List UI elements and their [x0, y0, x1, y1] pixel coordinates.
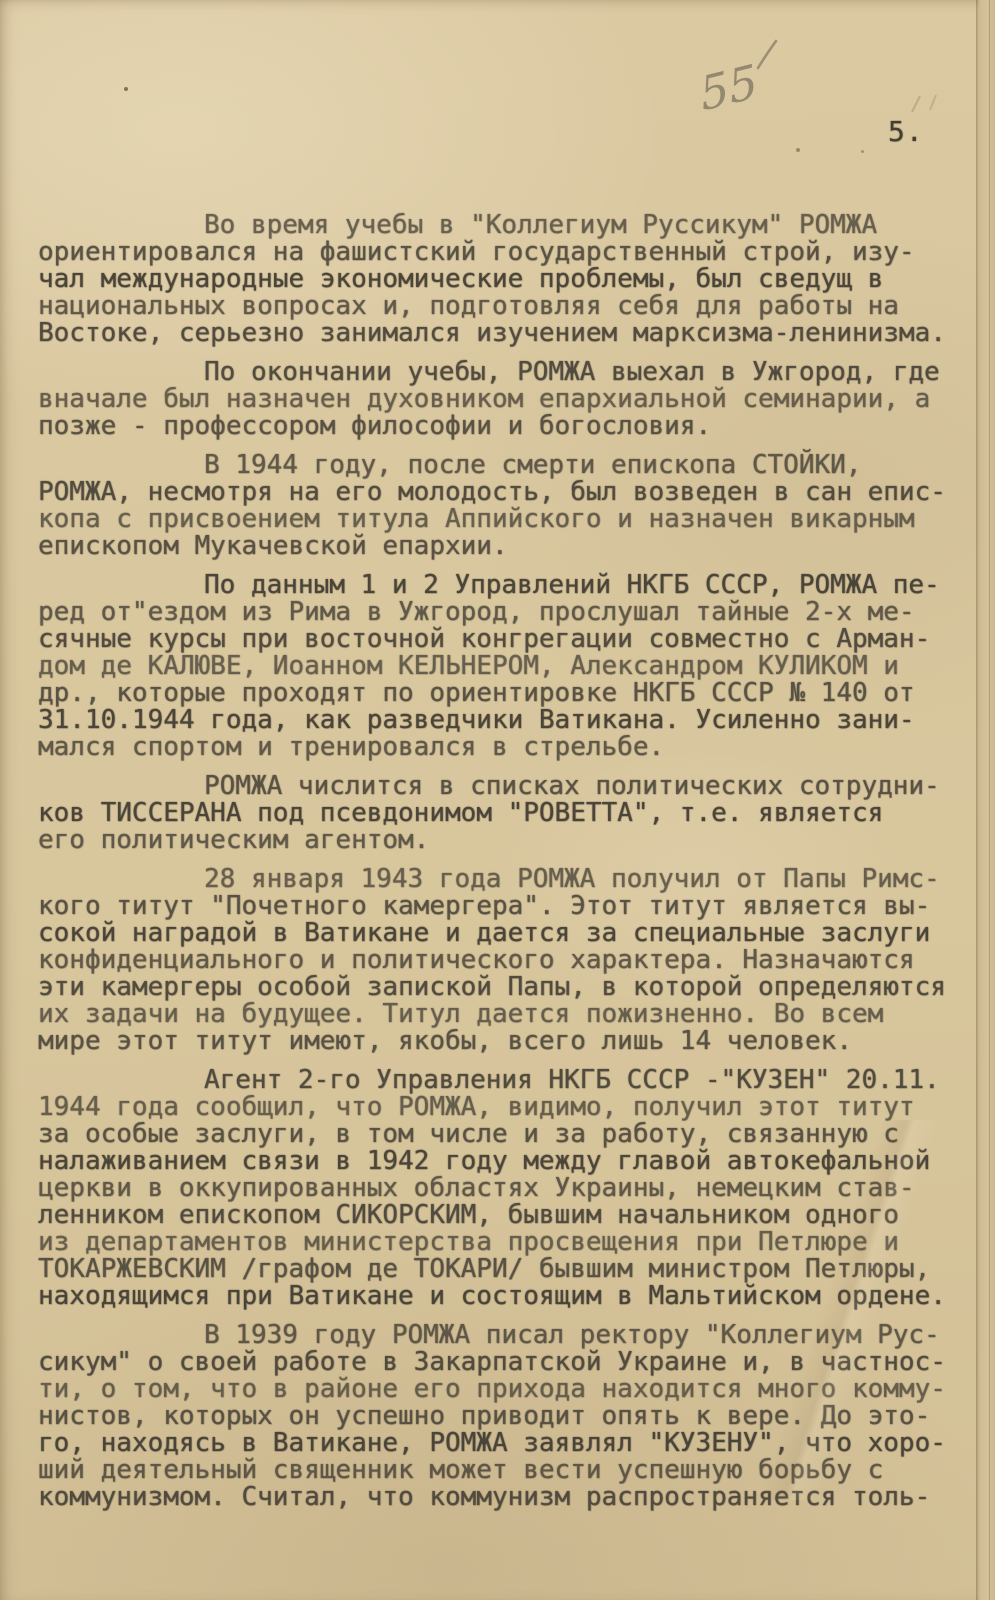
text-line: ТОКАРЖЕВСКИМ /графом де ТОКАРИ/ бывшим м…: [38, 1256, 968, 1283]
text-line: за особые заслуги, в том числе и за рабо…: [38, 1121, 968, 1148]
text-line: мире этот титут имеют, якобы, всего лишь…: [38, 1028, 968, 1055]
paragraph: 28 января 1943 года РОМЖА получил от Пап…: [38, 866, 968, 1055]
text-line: чал международные экономические проблемы…: [38, 266, 968, 293]
paragraph: Агент 2-го Управления НКГБ СССР -"КУЗЕН"…: [38, 1067, 968, 1310]
text-line: нистов, которых он успешно приводит опят…: [38, 1403, 968, 1430]
text-line: го, находясь в Ватикане, РОМЖА заявлял "…: [38, 1430, 968, 1457]
handwritten-annotation: 55: [688, 38, 798, 133]
text-line: находящимся при Ватикане и состоящим в М…: [38, 1283, 968, 1310]
text-line: ред от"ездом из Рима в Ужгород, прослуша…: [38, 599, 968, 626]
text-line: национальных вопросах и, подготовляя себ…: [38, 293, 968, 320]
text-line: В 1944 году, после смерти епископа СТОЙК…: [38, 452, 968, 479]
text-line: В 1939 году РОМЖА писал ректору "Коллеги…: [38, 1322, 968, 1349]
text-line: По окончании учебы, РОМЖА выехал в Ужгор…: [38, 359, 968, 386]
text-line: их задачи на будущее. Титул дается пожиз…: [38, 1001, 968, 1028]
paragraph: РОМЖА числится в списках политических со…: [38, 773, 968, 854]
paragraph: По данным 1 и 2 Управлений НКГБ СССР, РО…: [38, 572, 968, 761]
text-line: эти камергеры особой запиской Папы, в ко…: [38, 974, 968, 1001]
paragraph: По окончании учебы, РОМЖА выехал в Ужгор…: [38, 359, 968, 440]
paper-speck: [796, 148, 800, 152]
text-line: ленником епископом СИКОРСКИМ, бывшим нач…: [38, 1202, 968, 1229]
text-line: церкви в оккупированных областях Украины…: [38, 1175, 968, 1202]
text-line: позже - профессором философии и богослов…: [38, 413, 968, 440]
text-line: 31.10.1944 года, как разведчики Ватикана…: [38, 707, 968, 734]
text-line: 1944 года сообщил, что РОМЖА, видимо, по…: [38, 1094, 968, 1121]
text-line: По данным 1 и 2 Управлений НКГБ СССР, РО…: [38, 572, 968, 599]
paragraph: В 1939 году РОМЖА писал ректору "Коллеги…: [38, 1322, 968, 1511]
pencil-slash: [758, 41, 776, 68]
text-line: сячные курсы при восточной конгрегации с…: [38, 626, 968, 653]
paper-speck: [124, 87, 128, 91]
page-edge: [976, 0, 995, 1600]
text-line: Востоке, серьезно занимался изучением ма…: [38, 320, 968, 347]
text-line: ти, о том, что в районе его прихода нахо…: [38, 1376, 968, 1403]
text-line: налаживанием связи в 1942 году между гла…: [38, 1148, 968, 1175]
page-number: 5.: [888, 115, 924, 148]
text-line: епископом Мукачевской епархии.: [38, 533, 968, 560]
text-line: ков ТИССЕРАНА под псевдонимом "РОВЕТТА",…: [38, 800, 968, 827]
page-edge-line: [989, 0, 990, 1600]
text-line: из департаментов министерства просвещени…: [38, 1229, 968, 1256]
text-line: дом де КАЛЮВЕ, Иоанном КЕЛЬНЕРОМ, Алекса…: [38, 653, 968, 680]
text-line: кого титут "Почетного камергера". Этот т…: [38, 893, 968, 920]
paper-speck: [861, 150, 864, 153]
text-line: РОМЖА числится в списках политических со…: [38, 773, 968, 800]
text-line: сикум" о своей работе в Закарпатской Укр…: [38, 1349, 968, 1376]
text-line: РОМЖА, несмотря на его молодость, был во…: [38, 479, 968, 506]
handwritten-number: 55: [697, 54, 761, 122]
text-line: вначале был назначен духовником епархиал…: [38, 386, 968, 413]
paragraph: В 1944 году, после смерти епископа СТОЙК…: [38, 452, 968, 560]
text-line: Агент 2-го Управления НКГБ СССР -"КУЗЕН"…: [38, 1067, 968, 1094]
document-text: Во время учебы в "Коллегиум Руссикум" РО…: [38, 212, 968, 1523]
document-page: 55 5. Во время учебы в "Коллегиум Руссик…: [0, 0, 995, 1600]
text-line: 28 января 1943 года РОМЖА получил от Пап…: [38, 866, 968, 893]
text-line: др., которые проходят по ориентировке НК…: [38, 680, 968, 707]
text-line: копа с присвоением титула Аппийского и н…: [38, 506, 968, 533]
paragraph: Во время учебы в "Коллегиум Руссикум" РО…: [38, 212, 968, 347]
text-line: конфиденциального и политического характ…: [38, 947, 968, 974]
text-line: ший деятельный священник может вести усп…: [38, 1457, 968, 1484]
text-line: Во время учебы в "Коллегиум Руссикум" РО…: [38, 212, 968, 239]
text-line: его политическим агентом.: [38, 827, 968, 854]
text-line: сокой наградой в Ватикане и дается за сп…: [38, 920, 968, 947]
text-line: коммунизмом. Считал, что коммунизм распр…: [38, 1484, 968, 1511]
text-line: ориентировался на фашистский государстве…: [38, 239, 968, 266]
text-line: мался спортом и тренировался в стрельбе.: [38, 734, 968, 761]
